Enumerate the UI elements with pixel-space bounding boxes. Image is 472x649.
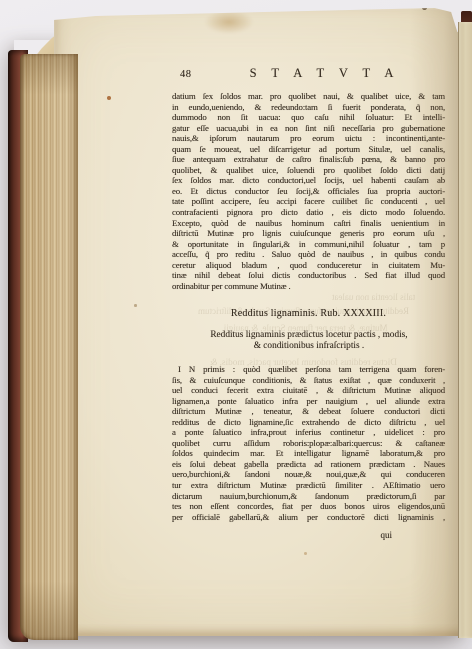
text-line: ſex ſoldos mar. dicto conductori,uel ſoc…: [172, 175, 445, 186]
text-line: ſiue antequam extrahatur de caſtro final…: [172, 154, 445, 165]
text-line: lignamen,a ponte ſaluatico infra per nau…: [172, 396, 445, 407]
text-line: dictarum nauium,burchionum,& ſandonum pr…: [172, 491, 445, 502]
rubric-heading: Redditus lignaminis. Rub. XXXXIII.: [172, 308, 445, 319]
text-line: a ponte ſaluatico infra,prout inferius c…: [172, 427, 445, 438]
text-line: ſoldos quindecim mar. Et intelligatur li…: [172, 448, 445, 459]
body-paragraph-2: I N primis : quòd quælibet perſona tam t…: [172, 364, 445, 522]
text-line: tate poſſint accipere, ſeu accipi facere…: [172, 196, 445, 207]
text-line: & oportunitate in ſingulari,& in communi…: [172, 239, 445, 250]
text-line: quolibet, & qualibet uice, ſoluendi pro …: [172, 165, 445, 176]
facing-page-sliver: [458, 22, 472, 638]
text-line: acceſſu, q̃ pro reditu . Saluo quòd de n…: [172, 249, 445, 260]
page-speck: [134, 304, 137, 307]
book-photo: talis licentia non ualeatRedditus pontis…: [0, 0, 472, 649]
text-line: datium ſex ſoldos mar. pro quolibet naui…: [172, 91, 445, 102]
text-line: tinæ nihil debeat ſolui dictis conductor…: [172, 270, 445, 281]
text-line: eis ſolui debeat gabella prædicta ad rat…: [172, 459, 445, 470]
body-paragraph-1: datium ſex ſoldos mar. pro quolibet naui…: [172, 91, 445, 291]
page-speck: [304, 552, 307, 555]
text-line: tur extra diſtrictum Mutinæ prædictū ſim…: [172, 480, 445, 491]
text-line: redditus de dicto lignamine,ſic extrahen…: [172, 417, 445, 428]
text-line: per officialē gabellarū,& alium per cond…: [172, 512, 445, 523]
text-line: eo. Et dictus conductor ſeu ſocij,& offi…: [172, 186, 445, 197]
book-page: talis licentia non ualeatRedditus pontis…: [54, 6, 472, 636]
text-line: diſtrictū Mutinæ pro lignis cuiuſcunque …: [172, 228, 445, 239]
text-line: quolibet curru aſſidum roboris:plopæ:alb…: [172, 438, 445, 449]
text-line: I N primis : quòd quælibet perſona tam t…: [172, 364, 445, 375]
text-line: tes non eſſent concordes, fiat per duos …: [172, 501, 445, 512]
text-line: ſis, & cuiuſcunque conditionis, & ſtatus…: [172, 375, 445, 386]
text-line: diſtrictum Mutinæ , teneatur, & debeat ſ…: [172, 406, 445, 417]
text-line: nauis,& ipſorum nautarum pro eorum uictu…: [172, 133, 445, 144]
text-line: contrafacienti pignora pro dicto datio ,…: [172, 207, 445, 218]
text-line: in eundo,ueniendo, & redeundo:tam ſi fue…: [172, 102, 445, 113]
page-fore-edges: [20, 54, 78, 640]
text-line: Excepto, quòd de nauibus hominum caſtri …: [172, 218, 445, 229]
text-line: uel conduci fecerit extra ciuitatē , & d…: [172, 385, 445, 396]
gutter-shadow: [410, 6, 462, 636]
text-line: uero,burchioni,& ſandoni nouæ,& noui,quæ…: [172, 469, 445, 480]
text-line: dummodo non ſit uacua: quo caſu nihil ſo…: [172, 112, 445, 123]
text-line: ordinabitur per commune Mutinæ .: [172, 281, 445, 292]
catchword: qui: [172, 530, 392, 540]
page-stain: [204, 10, 254, 34]
text-line: gatur eſſe uacua,ubi in ea non ſint niſi…: [172, 123, 445, 134]
text-line: quam ſe moueat, uel diſcarrigetur ad por…: [172, 144, 445, 155]
text-line: ceretur aliquod bladum , quod conduceret…: [172, 260, 445, 271]
page-speck: [107, 96, 111, 100]
